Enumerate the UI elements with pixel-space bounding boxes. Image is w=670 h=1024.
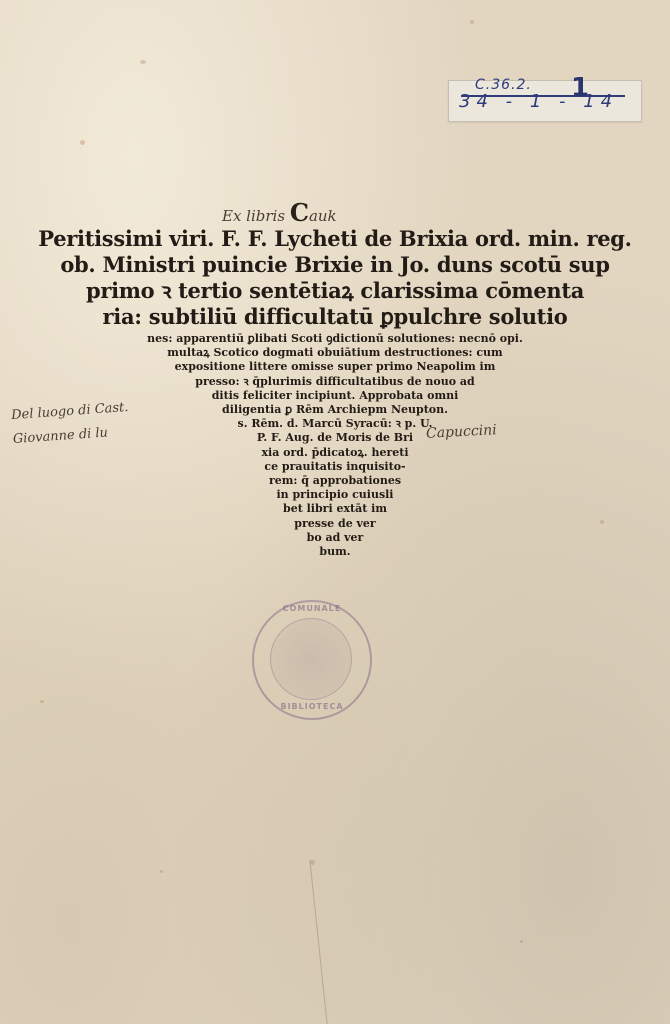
- ex-libris-initial: C: [290, 198, 309, 227]
- marginal-note-left: Del luogo di Cast. Giovanne di lu: [10, 396, 130, 452]
- stamp-bottom-text: BIBLIOTECA: [254, 702, 370, 711]
- library-stamp: COMUNALE BIBLIOTECA: [252, 600, 372, 720]
- foxing-spot: [520, 940, 523, 943]
- ownership-inscription: Ex libris Cauk: [222, 198, 337, 227]
- title-line: ob. Ministri puincie Brixie in Jo. duns …: [0, 252, 670, 278]
- title-line: in principio cuiusli: [0, 488, 670, 502]
- title-line: ria: subtiliū difficultatū ꝑpulchre solu…: [0, 304, 670, 330]
- title-line: bet libri extāt im: [0, 502, 670, 516]
- title-line: bum.: [0, 545, 670, 559]
- foxing-spot: [80, 140, 85, 145]
- ex-libris-tail: auk: [309, 207, 337, 225]
- title-line: presse de ver: [0, 517, 670, 531]
- shelfmark-bottom: 34 - 1 - 14: [459, 91, 618, 112]
- title-line: presso: ꝛ q̄plurimis difficultatibus de …: [0, 375, 670, 389]
- title-line: ce prauitatis inquisito-: [0, 460, 670, 474]
- foxing-spot: [140, 60, 146, 64]
- title-line: Peritissimi viri. F. F. Lycheti de Brixi…: [0, 226, 670, 252]
- foxing-spot: [40, 700, 44, 703]
- foxing-spot: [470, 20, 474, 24]
- shelfmark-bold-number: 1: [571, 73, 589, 103]
- title-line: multaꝝ Scotico dogmati obuiātium destruc…: [0, 346, 670, 360]
- stamp-emblem-icon: [270, 618, 352, 700]
- paper-crease: [309, 860, 357, 1024]
- ex-libris-text: Ex libris: [222, 207, 285, 225]
- stamp-top-text: COMUNALE: [254, 604, 370, 613]
- title-line: bo ad ver: [0, 531, 670, 545]
- foxing-spot: [160, 870, 163, 873]
- title-line: rem: q̄ approbationes: [0, 474, 670, 488]
- title-line: nes: apparentiū ꝑlibati Scoti ꝯdictionū …: [0, 332, 670, 346]
- title-line: expositione littere omisse super primo N…: [0, 360, 670, 374]
- shelfmark-label: C.36.2. 34 - 1 - 14 1: [448, 80, 642, 122]
- title-line: primo ꝛ tertio sentētiaꝝ clarissima cōme…: [0, 278, 670, 304]
- title-large-block: Peritissimi viri. F. F. Lycheti de Brixi…: [0, 226, 670, 330]
- title-line: xia ord. p̄dicatoꝝ. hereti: [0, 446, 670, 460]
